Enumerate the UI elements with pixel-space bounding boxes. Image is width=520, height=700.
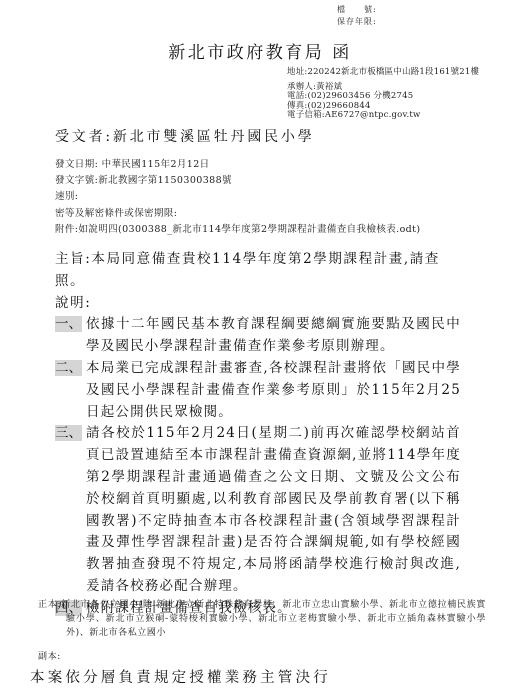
- explanation-item-3: 三、 請各校於115年2月24日(星期二)前再次確認學校網站首頁已設置連結至本市…: [55, 423, 461, 597]
- explanation-item-list: 一、 依據十二年國民基本教育課程綱要總綱實施要點及國民中學及國民小學課程計畫備查…: [55, 314, 461, 619]
- security-classification: 密等及解密條件或保密期限:: [55, 206, 475, 222]
- item-1-text: 依據十二年國民基本教育課程綱要總綱實施要點及國民中學及國民小學課程計畫備查作業參…: [86, 314, 461, 358]
- explanation-item-2: 二、 本局業已完成課程計畫審查,各校課程計畫將依「國民中學及國民小學課程計畫備查…: [55, 358, 461, 423]
- item-2-number: 二、: [55, 358, 86, 380]
- issue-date: 發文日期: 中華民國115年2月12日: [55, 157, 475, 173]
- attachment-note: 附件:如說明四(0300388_新北市114學年度第2學期課程計畫備查自我檢核表…: [55, 222, 475, 238]
- copy-recipients: 副本:: [38, 650, 486, 664]
- item-1-number: 一、: [55, 314, 86, 336]
- distribution-block: 正本:新北市各公立國小(除 新北市立新北特殊教育學校、新北市立忠山實驗小學、新北…: [38, 598, 486, 664]
- explanation-label: 說明:: [55, 293, 461, 315]
- item-3-number: 三、: [55, 423, 86, 445]
- letter-body: 主旨:本局同意備查貴校114學年度第2學期課程計畫,請查照。 說明: 一、 依據…: [55, 249, 461, 620]
- delivery-speed: 速別:: [55, 189, 475, 205]
- recipient: 受文者:新北市雙溪區牡丹國民小學: [55, 126, 315, 146]
- subject-line: 主旨:本局同意備查貴校114學年度第2學期課程計畫,請查照。: [55, 249, 461, 293]
- item-3-text: 請各校於115年2月24日(星期二)前再次確認學校網站首頁已設置連結至本市課程計…: [86, 423, 461, 597]
- original-recipients: 正本:新北市各公立國小(除 新北市立新北特殊教育學校、新北市立忠山實驗小學、新北…: [38, 598, 486, 641]
- contact-email: 電子信箱:AE6727@ntpc.gov.tw: [287, 111, 517, 121]
- document-meta-block: 發文日期: 中華民國115年2月12日 發文字號:新北教國字第115030038…: [55, 157, 475, 238]
- retention-period-label: 保存年限:: [337, 16, 377, 28]
- official-letter-document: 檔 號: 保存年限: 新北市政府教育局 函 地址:220242新北市板橋區中山路…: [0, 0, 520, 700]
- item-2-text: 本局業已完成課程計畫審查,各校課程計畫將依「國民中學及國民小學課程計畫備查作業參…: [86, 358, 461, 423]
- agency-address: 地址:220242新北市板橋區中山路1段161號21樓: [287, 68, 517, 78]
- explanation-item-1: 一、 依據十二年國民基本教育課程綱要總綱實施要點及國民中學及國民小學課程計畫備查…: [55, 314, 461, 358]
- agency-contact-block: 地址:220242新北市板橋區中山路1段161號21樓 承辦人:黃裕斌 電話:(…: [287, 68, 517, 121]
- archive-stamp-block: 檔 號: 保存年限:: [337, 4, 377, 27]
- authorization-note: 本案依分層負責規定授權業務主管決行: [30, 666, 331, 687]
- document-number: 發文字號:新北教國字第1150300388號: [55, 173, 475, 189]
- document-title: 新北市政府教育局 函: [0, 38, 520, 63]
- file-number-label: 檔 號:: [337, 4, 377, 16]
